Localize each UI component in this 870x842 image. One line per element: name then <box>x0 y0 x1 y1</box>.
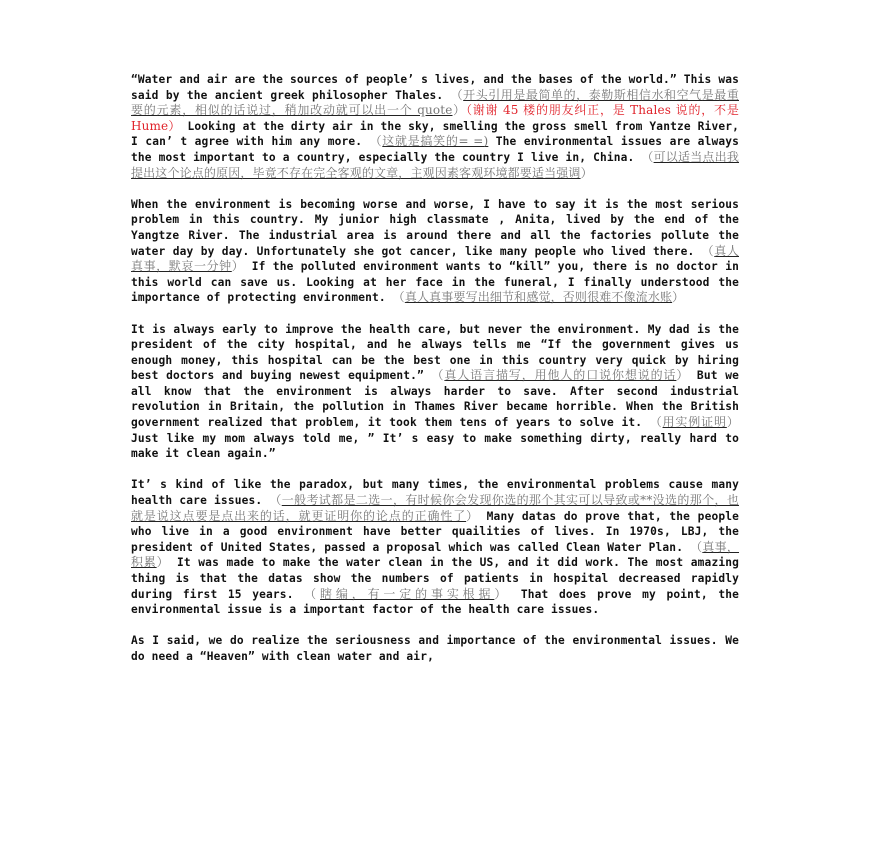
annotation-note: （瞎编，有一定的事实根据） <box>304 587 510 601</box>
annotation-open-paren: （ <box>641 150 653 164</box>
annotation-close-paren: ） <box>727 415 739 429</box>
annotation-close-paren: ） <box>232 259 245 273</box>
essay-text: Just like my mom always told me, ” It’ s… <box>131 432 739 461</box>
document-page: “Water and air are the sources of people… <box>131 72 739 680</box>
annotation-close-paren: ） <box>466 509 479 523</box>
paragraph: It is always early to improve the health… <box>131 322 739 462</box>
annotation-close-paren: ） <box>676 368 689 382</box>
annotation-open-paren: （ <box>690 540 702 554</box>
annotation-text: 用实例证明 <box>663 415 727 429</box>
annotation-note: （用实例证明） <box>650 415 739 429</box>
paragraph: “Water and air are the sources of people… <box>131 72 739 181</box>
annotation-note: （真人真事要写出细节和感觉，否则很难不像流水账） <box>393 290 685 304</box>
annotation-text: 瞎编，有一定的事实根据 <box>320 587 494 601</box>
annotation-text: 这就是搞笑的= =) <box>382 134 488 148</box>
essay-text: As I said, we do realize the seriousness… <box>131 634 739 663</box>
annotation-open-paren: （ <box>650 415 663 429</box>
annotation-text: 真人语言描写，用他人的口说你想说的话 <box>444 368 676 382</box>
annotation-close-paren: ） <box>453 103 466 117</box>
paragraph: It’ s kind of like the paradox, but many… <box>131 477 739 617</box>
annotation-close-paren: ） <box>581 166 593 180</box>
annotation-open-paren: （ <box>304 587 320 601</box>
annotation-open-paren: （ <box>393 290 405 304</box>
annotation-close-paren: ） <box>494 587 510 601</box>
essay-text: When the environment is becoming worse a… <box>131 198 739 258</box>
annotation-open-paren: （ <box>432 368 445 382</box>
annotation-open-paren: （ <box>370 134 383 148</box>
annotation-open-paren: （ <box>269 493 281 507</box>
paragraph: As I said, we do realize the seriousness… <box>131 633 739 664</box>
annotation-close-paren: ） <box>157 555 170 569</box>
annotation-open-paren: （ <box>702 244 715 258</box>
annotation-note: （这就是搞笑的= =) <box>370 134 489 148</box>
paragraph: When the environment is becoming worse a… <box>131 197 739 306</box>
annotation-text: 真人真事要写出细节和感觉，否则很难不像流水账 <box>405 290 672 304</box>
annotation-open-paren: （ <box>451 88 464 102</box>
annotation-note: （真人语言描写，用他人的口说你想说的话） <box>432 368 690 382</box>
annotation-close-paren: ） <box>672 290 684 304</box>
